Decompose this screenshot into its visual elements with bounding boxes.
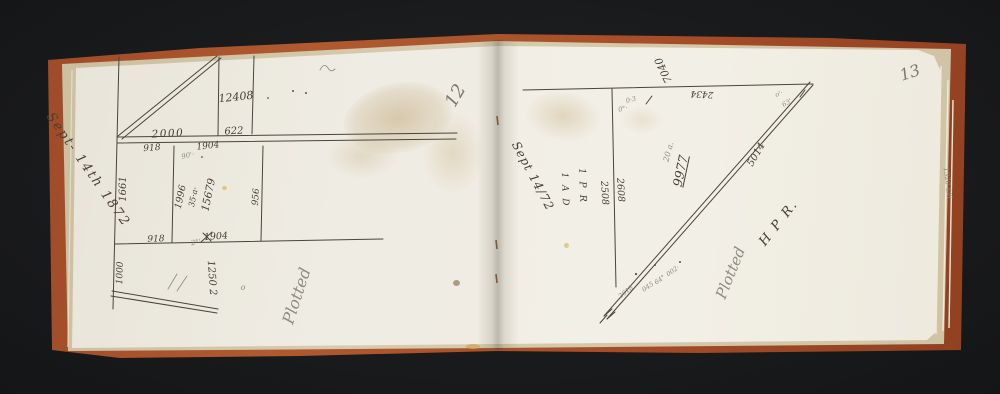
label-2434: 2434 — [690, 88, 713, 98]
label-956: 956 — [252, 188, 262, 206]
label-918-bottom: 918 — [147, 235, 164, 245]
speck — [466, 344, 480, 349]
label-2000: 2000 — [151, 128, 184, 140]
label-1904-bottom: 1904 — [204, 231, 229, 242]
label-918-top: 918 — [143, 144, 161, 154]
label-622: 622 — [224, 127, 244, 138]
label-2608: 2608 — [615, 178, 626, 203]
stain — [422, 112, 484, 194]
gutter — [477, 40, 519, 350]
label-12408: 12408 — [218, 90, 254, 105]
stain — [325, 133, 399, 179]
notebook-photo: Sept- 14th 1872 12 12408 2000 622 918 19… — [0, 0, 1000, 394]
label-1pr: 1 P R — [577, 168, 588, 204]
small-o-mark: o — [241, 284, 246, 292]
speck — [564, 243, 569, 248]
label-1000: 1000 — [116, 261, 126, 284]
speck — [453, 280, 460, 286]
label-1661: 1661 — [119, 176, 129, 201]
label-2508: 2508 — [599, 181, 610, 206]
label-1ad: 1 A D — [559, 172, 569, 207]
label-1250-2: 1250 2 — [205, 260, 217, 296]
speck — [222, 186, 227, 190]
